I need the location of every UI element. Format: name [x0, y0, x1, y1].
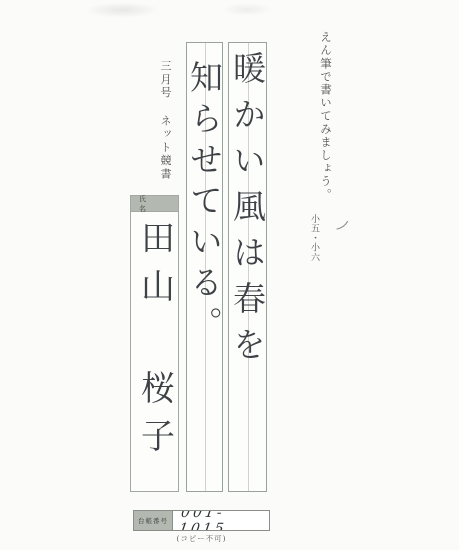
scan-smudge: [85, 2, 160, 18]
grade-level-text: 小五・小六: [308, 214, 321, 262]
number-label: 台帳番号: [134, 511, 173, 530]
issue-title: 三月号 ネット競書: [157, 60, 173, 181]
name-box: 氏 名 田山 桜子: [130, 195, 179, 492]
copy-note: (コピー不可): [133, 533, 270, 544]
scanned-sheet: えん筆で書いてみましょう。 小五・小六 三月号 ネット競書 暖かい風は春を 知ら…: [0, 0, 459, 550]
writing-column-2: 知らせている。: [186, 42, 223, 492]
name-label: 氏 名: [131, 196, 178, 212]
number-box: 台帳番号 001-1015: [133, 510, 270, 531]
writing-column-1: 暖かい風は春を: [228, 42, 267, 492]
handwritten-line-2: 知らせている。: [188, 60, 221, 347]
handwritten-number: 001-1015: [178, 511, 269, 530]
number-value-cell: 001-1015: [173, 511, 269, 530]
handwritten-name: 田山 桜子: [138, 220, 172, 466]
handwritten-line-1: 暖かい風は春を: [231, 51, 264, 373]
grader-check-icon: [336, 220, 349, 231]
scan-smudge: [222, 3, 272, 16]
instruction-text: えん筆で書いてみましょう。: [318, 31, 334, 201]
